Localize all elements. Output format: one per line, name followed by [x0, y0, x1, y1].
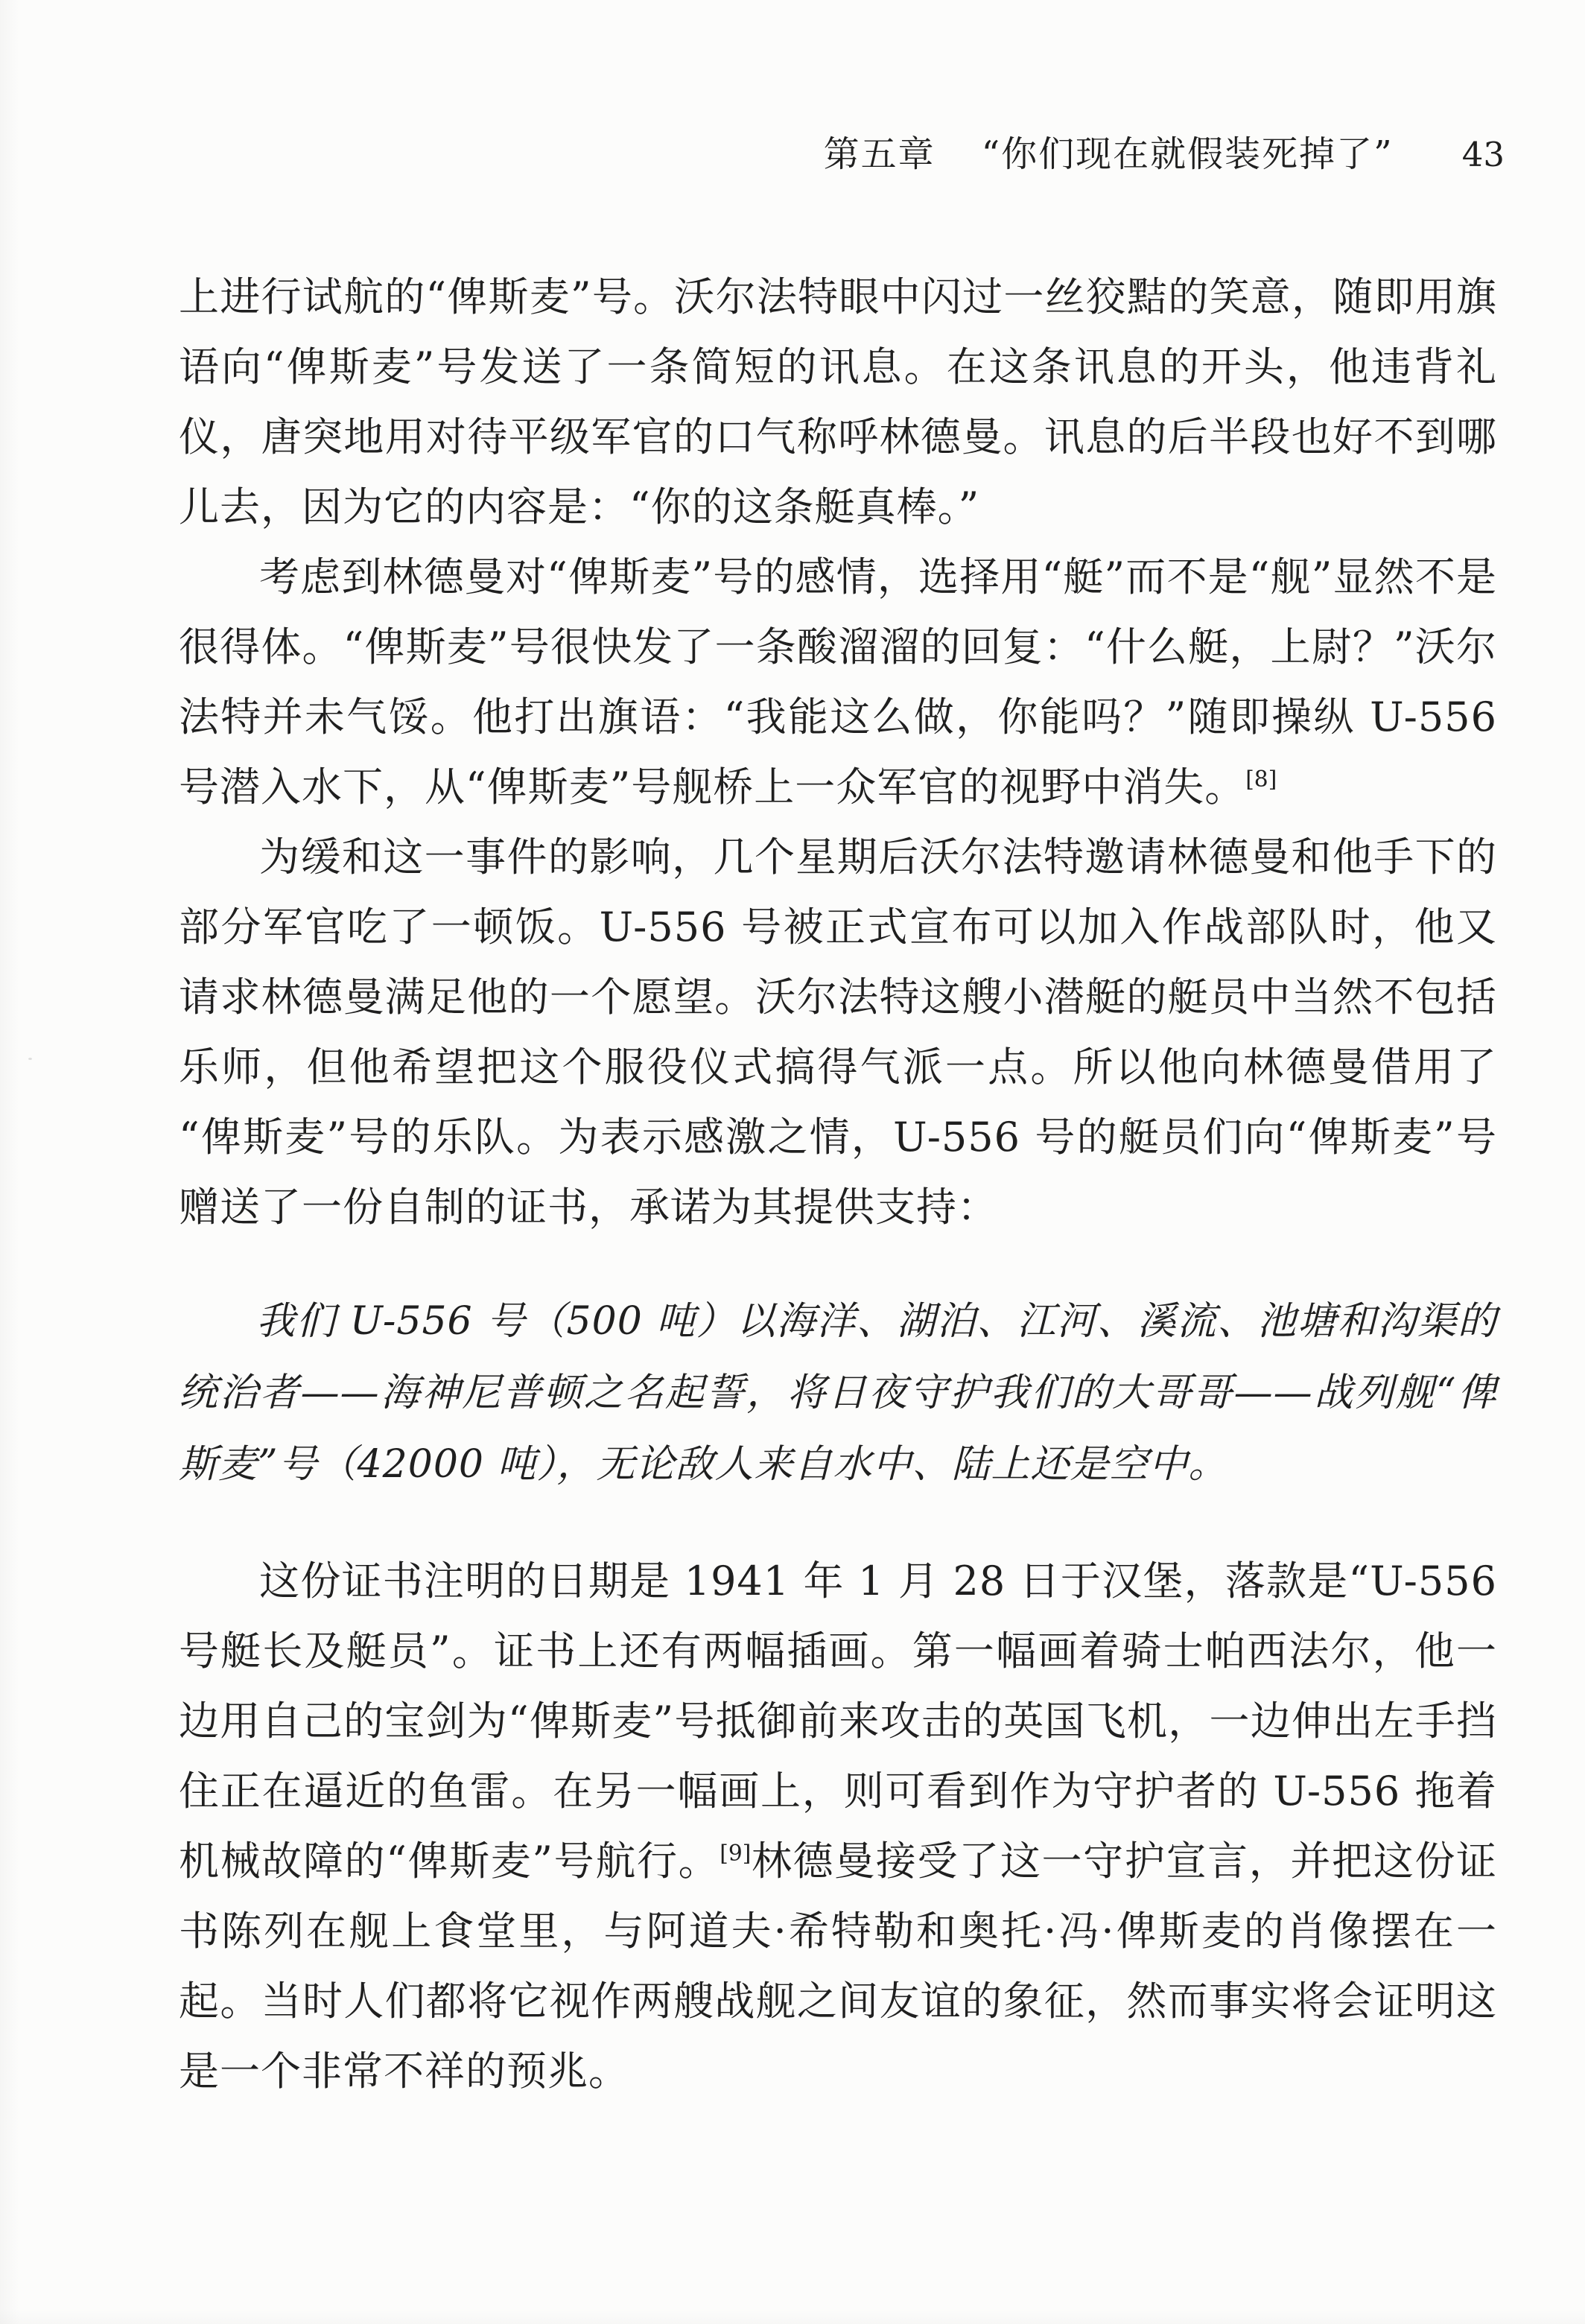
running-header: 第五章 “你们现在就假装死掉了” 43: [179, 125, 1505, 177]
scan-speck: [28, 1058, 32, 1060]
header-chapter-title: “你们现在就假装死掉了”: [982, 125, 1394, 177]
scan-speck: [1274, 417, 1277, 420]
text-run: 考虑到林德曼对“俾斯麦”号的感情，选择用“艇”而不是“舰”显然不是很得体。“俾斯…: [179, 553, 1497, 810]
paragraph-3: 为缓和这一事件的影响，几个星期后沃尔法特邀请林德曼和他手下的部分军官吃了一顿饭。…: [179, 822, 1497, 1242]
header-chapter-label: 第五章: [824, 125, 936, 177]
paragraph-1: 上进行试航的“俾斯麦”号。沃尔法特眼中闪过一丝狡黠的笑意，随即用旗语向“俾斯麦”…: [179, 262, 1497, 542]
book-page: 第五章 “你们现在就假装死掉了” 43 上进行试航的“俾斯麦”号。沃尔法特眼中闪…: [0, 0, 1585, 2324]
paragraph-4: 这份证书注明的日期是 1941 年 1 月 28 日于汉堡，落款是“U-556 …: [179, 1546, 1497, 2106]
text-run: 为缓和这一事件的影响，几个星期后沃尔法特邀请林德曼和他手下的部分军官吃了一顿饭。…: [179, 834, 1497, 1231]
text-run: 我们 U-556 号（500 吨）以海洋、湖泊、江河、溪流、池塘和沟渠的统治者—…: [179, 1299, 1497, 1487]
footnote-marker: [8]: [1245, 766, 1277, 793]
paragraph-2: 考虑到林德曼对“俾斯麦”号的感情，选择用“艇”而不是“舰”显然不是很得体。“俾斯…: [179, 542, 1497, 822]
text-run: 上进行试航的“俾斯麦”号。沃尔法特眼中闪过一丝狡黠的笑意，随即用旗语向“俾斯麦”…: [179, 273, 1497, 530]
text-run: 这份证书注明的日期是 1941 年 1 月 28 日于汉堡，落款是“U-556 …: [179, 1558, 1497, 1885]
footnote-marker: [9]: [720, 1841, 751, 1867]
page-number: 43: [1462, 135, 1505, 174]
page-text-block: 上进行试航的“俾斯麦”号。沃尔法特眼中闪过一丝狡黠的笑意，随即用旗语向“俾斯麦”…: [179, 262, 1497, 2106]
certificate-quote: 我们 U-556 号（500 吨）以海洋、湖泊、江河、溪流、池塘和沟渠的统治者—…: [179, 1286, 1497, 1500]
